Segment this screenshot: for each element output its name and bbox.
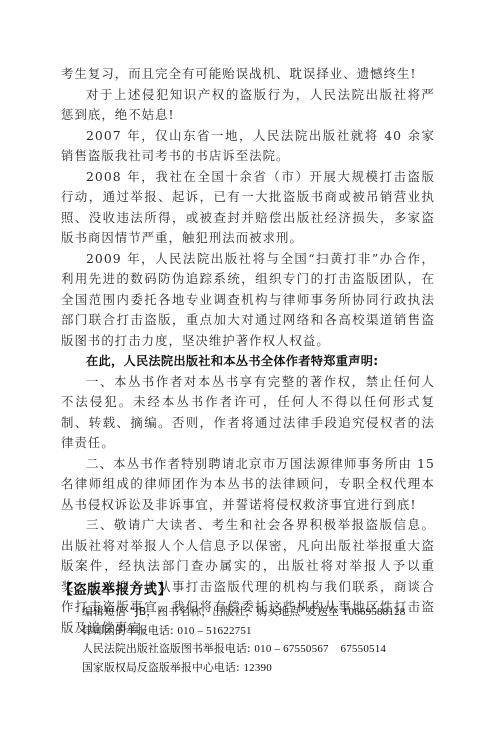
report-sms-number: 10669588128 (343, 606, 406, 618)
declaration-heading: 在此，人民法院出版社和本丛书全体作者特郑重声明: (61, 351, 435, 372)
declaration-2: 二、本丛书作者特别聘请北京市万国法源律师事务所由 15 名律师组成的律师团作为本… (61, 454, 435, 516)
report-contact-list: 编辑短信 “JB，图书名称，出版社，购买地点”发送至 10669588128 律… (61, 603, 461, 677)
document-body: 考生复习，而且完全有可能贻误战机、耽误择业、遗憾终生! 对于上述侵犯知识产权的盗… (61, 64, 435, 638)
paragraph-2009: 2009 年，人民法院出版社将与全国“扫黄打非”办合作，利用先进的数码防伪追踪系… (61, 249, 435, 352)
report-center-label: 国家版权局反盗版举报中心电话: (82, 661, 243, 674)
report-publisher-number: 010 – 67550567 67550514 (254, 643, 386, 655)
report-lawyer-phone: 律师团的举报电话: 010 – 51622751 (82, 622, 461, 641)
report-center-number: 12390 (243, 662, 272, 674)
paragraph-punishment: 对于上述侵犯知识产权的盗版行为，人民法院出版社将严惩到底，绝不姑息! (61, 85, 435, 126)
report-sms: 编辑短信 “JB，图书名称，出版社，购买地点”发送至 10669588128 (82, 603, 461, 622)
paragraph-2008: 2008 年，我社在全国十余省（市）开展大规模打击盗版行动，通过举报、起诉，已有… (61, 167, 435, 249)
declaration-1: 一、本丛书作者对本丛书享有完整的著作权，禁止任何人不法侵犯。未经本丛书作者许可，… (61, 372, 435, 454)
report-sms-label: 编辑短信 “JB，图书名称，出版社，购买地点”发送至 (82, 605, 343, 618)
paragraph-2007: 2007 年，仅山东省一地，人民法院出版社就将 40 余家销售盗版我社司考书的书… (61, 126, 435, 167)
report-lawyer-number: 010 – 51622751 (177, 625, 251, 637)
report-publisher-phone: 人民法院出版社盗版图书举报电话: 010 – 67550567 67550514 (82, 640, 461, 659)
piracy-report-section: 【盗版举报方式】 编辑短信 “JB，图书名称，出版社，购买地点”发送至 1066… (61, 580, 461, 677)
paragraph-continuation: 考生复习，而且完全有可能贻误战机、耽误择业、遗憾终生! (61, 64, 435, 85)
report-copyright-center-phone: 国家版权局反盗版举报中心电话: 12390 (82, 659, 461, 678)
report-publisher-label: 人民法院出版社盗版图书举报电话: (82, 642, 254, 655)
report-section-title: 【盗版举报方式】 (59, 580, 461, 600)
report-lawyer-label: 律师团的举报电话: (82, 624, 177, 637)
